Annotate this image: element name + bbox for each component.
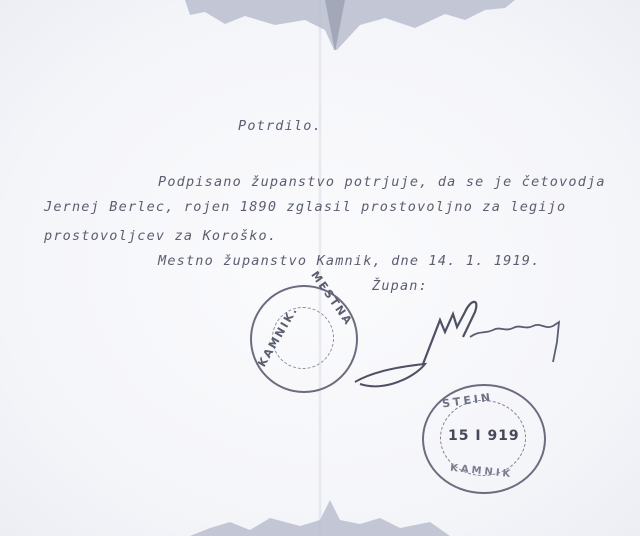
date-stamp-date: 15 I 919: [448, 428, 520, 444]
body-line-1: Podpisano županstvo potrjuje, da se je č…: [158, 174, 606, 190]
document-title: Potrdilo.: [238, 118, 322, 134]
place-date-line: Mestno županstvo Kamnik, dne 14. 1. 1919…: [158, 253, 540, 269]
top-smudge-decoration: [185, 0, 515, 50]
body-line-2: Jernej Berlec, rojen 1890 zglasil prosto…: [44, 199, 566, 215]
body-line-3: prostovoljcev za Koroško.: [44, 228, 277, 244]
bottom-smudge-decoration: [190, 500, 520, 536]
document-page: Potrdilo. Podpisano županstvo potrjuje, …: [0, 0, 640, 536]
